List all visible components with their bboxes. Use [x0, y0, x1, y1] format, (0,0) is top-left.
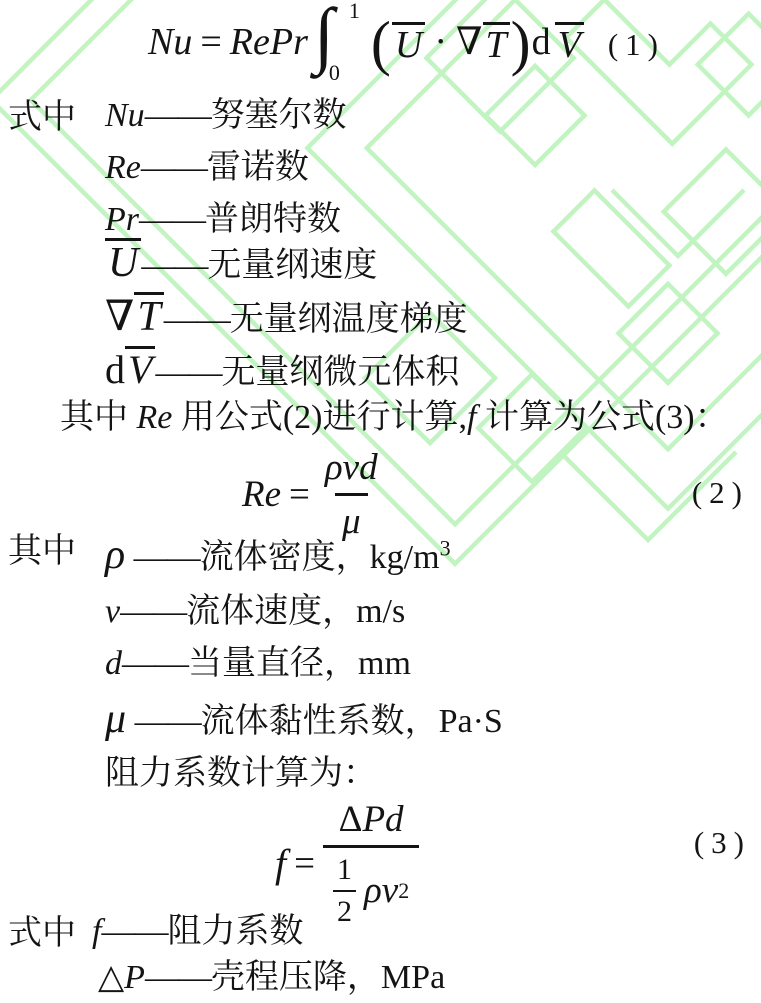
integral-lower-limit: 0 [329, 60, 340, 86]
definition-text: 努塞尔数 [211, 97, 347, 134]
definition-text: 无量纲微元体积 [221, 354, 459, 391]
definitions-label: 式中 [8, 914, 76, 955]
eq3-v-squared: 2 [398, 878, 409, 904]
definition-dash: —— [145, 97, 211, 134]
document-page: Nu = RePr ∫ 1 0 ( U · ∇ T ) d V (1) 式 [0, 0, 761, 1003]
eq2-equals: = [289, 473, 310, 517]
triangle-symbol: △ [98, 959, 124, 996]
equation-1-number: (1) [608, 26, 665, 63]
eq1-temperature-symbol: T [486, 24, 507, 66]
definition-dash: —— [139, 201, 205, 238]
integral-upper-limit: 1 [349, 0, 360, 24]
definition-row: Re——雷诺数 [0, 148, 761, 189]
eq1-nabla: ∇ [456, 20, 483, 66]
definition-text: 壳程压降，MPa [211, 959, 445, 996]
equation-3-formula: f = ΔPd 1 2 ρv2 [275, 798, 419, 930]
eq3-equals: = [294, 842, 315, 886]
symbol-Nu: Nu [105, 97, 145, 134]
eq1-close-paren: ) [511, 12, 531, 73]
eq3-lhs: f [275, 840, 286, 888]
eq3-numerator-Pd: Pd [362, 799, 403, 840]
definition-dash: —— [164, 301, 230, 338]
eq1-volume-symbol: V [558, 24, 581, 66]
symbol-V-bar: V [128, 347, 152, 392]
definition-row: d——当量直径，mm [0, 644, 761, 685]
definition-row: μ ——流体黏性系数，Pa·S [0, 694, 761, 744]
symbol-Pr: Pr [105, 201, 139, 238]
eq1-lhs: Nu [148, 20, 192, 66]
eq3-rho-v: ρv [364, 869, 398, 913]
definition-dash: —— [135, 703, 201, 740]
eq3-numerator: ΔPd [332, 798, 411, 845]
symbol-mu: μ [105, 696, 126, 742]
definition-text: 阻力系数 [167, 913, 303, 950]
definition-text: 普朗特数 [205, 201, 341, 238]
definition-row: Pr——普朗特数 [0, 200, 761, 241]
equation-2-number: (2) [692, 474, 749, 511]
eq1-dot-operator: · [434, 20, 447, 66]
half-numerator: 1 [333, 852, 356, 890]
definition-row: △P——壳程压降，MPa [0, 958, 761, 999]
symbol-d: d [105, 645, 122, 682]
eq1-equals: = [200, 20, 221, 66]
equation-1-formula: Nu = RePr ∫ 1 0 ( U · ∇ T ) d V [148, 4, 584, 82]
delta-symbol: Δ [339, 799, 363, 840]
differential-symbol: d [105, 347, 125, 392]
definition-row: dV——无量纲微元体积 [0, 346, 761, 394]
definition-text: 流体黏性系数，Pa·S [201, 703, 503, 740]
equation-3-row: f = ΔPd 1 2 ρv2 (3) [0, 798, 761, 914]
eq1-coefficient: RePr [230, 20, 308, 66]
definition-text: 雷诺数 [207, 149, 309, 186]
definition-row: 其中 ρ ——流体密度，kg/m3 [0, 530, 761, 580]
definition-text: 当量直径，mm [188, 645, 411, 682]
symbol-U-bar: U [108, 240, 138, 286]
definition-dash: —— [141, 149, 207, 186]
definition-row: ∇T——无量纲温度梯度 [0, 292, 761, 342]
definition-text: 流体速度，m/s [186, 593, 405, 630]
definition-dash: —— [120, 593, 186, 630]
definition-text: 无量纲温度梯度 [230, 301, 468, 338]
definition-dash: —— [145, 959, 211, 996]
definition-row: 式中 Nu——努塞尔数 [0, 96, 761, 137]
eq2-lhs: Re [242, 473, 281, 517]
eq1-open-paren: ( [371, 12, 391, 73]
definition-dash: —— [122, 645, 188, 682]
eq3-fraction: ΔPd 1 2 ρv2 [323, 798, 419, 930]
paragraph-text: 用公式(2)进行计算, [172, 399, 467, 436]
paragraph-Re: Re [137, 399, 173, 436]
definition-dash: —— [141, 247, 207, 284]
equation-3-number: (3) [694, 824, 751, 861]
equation-1-row: Nu = RePr ∫ 1 0 ( U · ∇ T ) d V (1) [0, 4, 761, 92]
nabla-symbol: ∇ [105, 294, 134, 340]
symbol-P: P [124, 959, 145, 996]
paragraph-text: 计算为公式(3)： [476, 399, 728, 436]
unit-superscript: 3 [440, 536, 451, 561]
resistance-text: 阻力系数计算为： [105, 755, 377, 792]
symbol-rho: ρ [105, 532, 125, 578]
integral: ∫ 1 0 [314, 4, 358, 82]
symbol-v: v [105, 593, 120, 630]
definition-row: 式中 f——阻力系数 [0, 912, 761, 953]
definition-row: U——无量纲速度 [0, 238, 761, 287]
definitions-label: 其中 [8, 532, 76, 573]
definitions-label: 式中 [8, 98, 76, 139]
symbol-Re: Re [105, 149, 141, 186]
document-content: Nu = RePr ∫ 1 0 ( U · ∇ T ) d V (1) 式 [0, 0, 761, 1003]
definition-dash: —— [101, 913, 167, 950]
eq1-differential: d [532, 20, 551, 66]
definition-dash: —— [134, 539, 200, 576]
definition-dash: —— [155, 354, 221, 391]
definition-text: 流体密度，kg/m [200, 539, 440, 576]
paragraph-text: 其中 [60, 399, 137, 436]
paragraph: 其中 Re 用公式(2)进行计算,f 计算为公式(3)： [0, 398, 761, 439]
resistance-sentence: 阻力系数计算为： [0, 754, 761, 795]
symbol-T-bar: T [137, 294, 160, 340]
eq2-numerator: ρvd [318, 446, 385, 493]
definition-text: 无量纲速度 [207, 247, 377, 284]
definition-row: v——流体速度，m/s [0, 592, 761, 633]
eq1-velocity-symbol: U [395, 24, 422, 66]
